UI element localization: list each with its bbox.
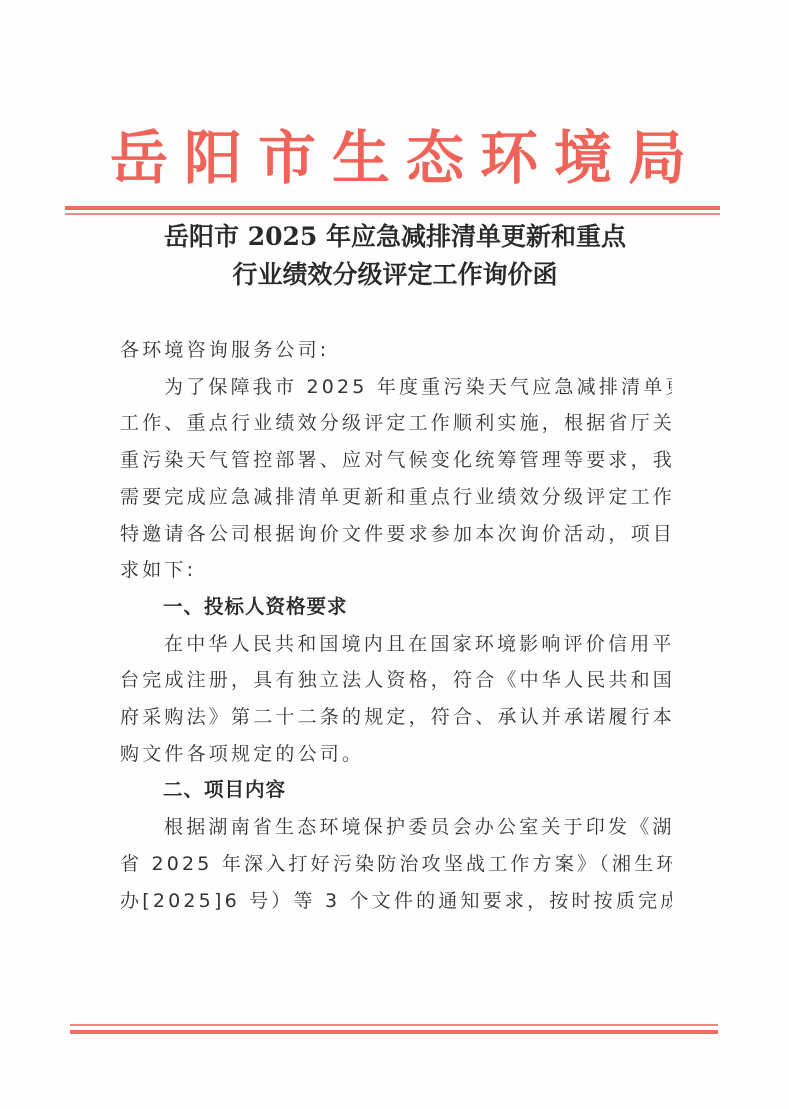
- title-line-2: 行业绩效分级评定工作询价函: [60, 256, 730, 294]
- letterhead-char: 岳: [108, 120, 170, 196]
- document-title: 岳阳市 2025 年应急减排清单更新和重点 行业绩效分级评定工作询价函: [60, 218, 730, 294]
- letterhead-char: 环: [478, 120, 540, 196]
- letterhead-char: 市: [256, 120, 318, 196]
- text-line: 台完成注册，具有独立法人资格，符合《中华人民共和国政: [120, 662, 672, 699]
- project-content-paragraph: 根据湖南省生态环境保护委员会办公室关于印发《湖南 省 2025 年深入打好污染防…: [120, 809, 672, 919]
- text-line: 重污染天气管控部署、应对气候变化统筹管理等要求，我局: [120, 442, 672, 479]
- qualifications-paragraph: 在中华人民共和国境内且在国家环境影响评价信用平 台完成注册，具有独立法人资格，符…: [120, 626, 672, 773]
- text-line: 购文件各项规定的公司。: [120, 736, 672, 773]
- intro-paragraph: 为了保障我市 2025 年度重污染天气应急减排清单更新 工作、重点行业绩效分级评…: [120, 369, 672, 589]
- text-line: 求如下:: [120, 552, 672, 589]
- letterhead-char: 阳: [182, 120, 244, 196]
- letterhead-char: 境: [552, 120, 614, 196]
- text-line: 在中华人民共和国境内且在国家环境影响评价信用平: [120, 626, 672, 663]
- text-line: 省 2025 年深入打好污染防治攻坚战工作方案》（湘生环委: [120, 846, 672, 883]
- footer-rule-thick: [70, 1030, 718, 1034]
- text-line: 办[2025]6 号）等 3 个文件的通知要求，按时按质完成岳阳: [120, 883, 672, 920]
- section-heading-qualifications: 一、投标人资格要求: [120, 589, 672, 626]
- footer-rule-thin: [70, 1024, 718, 1026]
- text-line: 府采购法》第二十二条的规定，符合、承认并承诺履行本采: [120, 699, 672, 736]
- letterhead-char: 态: [404, 120, 466, 196]
- text-line: 为了保障我市 2025 年度重污染天气应急减排清单更新: [120, 369, 672, 406]
- text-line: 工作、重点行业绩效分级评定工作顺利实施，根据省厅关于: [120, 405, 672, 442]
- document-body: 各环境咨询服务公司: 为了保障我市 2025 年度重污染天气应急减排清单更新 工…: [120, 332, 672, 919]
- text-line: 特邀请各公司根据询价文件要求参加本次询价活动，项目要: [120, 516, 672, 553]
- header-rule-thick: [65, 206, 720, 210]
- header-rule-thin: [65, 213, 720, 215]
- section-heading-project-content: 二、项目内容: [120, 772, 672, 809]
- letterhead-char: 局: [626, 120, 688, 196]
- letterhead-char: 生: [330, 120, 392, 196]
- document-page: 岳 阳 市 生 态 环 境 局 岳阳市 2025 年应急减排清单更新和重点 行业…: [0, 0, 789, 1109]
- text-line: 根据湖南省生态环境保护委员会办公室关于印发《湖南: [120, 809, 672, 846]
- salutation: 各环境咨询服务公司:: [120, 332, 672, 369]
- title-line-1: 岳阳市 2025 年应急减排清单更新和重点: [60, 218, 730, 256]
- text-line: 需要完成应急减排清单更新和重点行业绩效分级评定工作。: [120, 479, 672, 516]
- letterhead-title: 岳 阳 市 生 态 环 境 局: [108, 120, 688, 196]
